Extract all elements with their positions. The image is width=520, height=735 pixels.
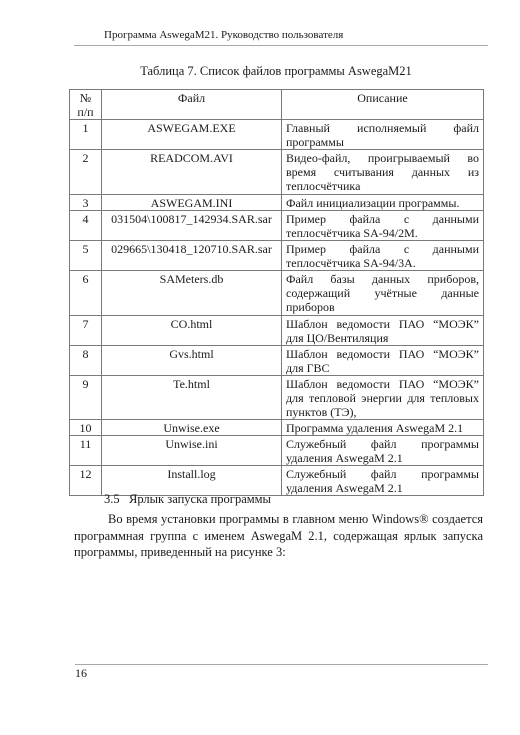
footer-divider bbox=[75, 664, 488, 665]
file-name: READCOM.AVI bbox=[102, 150, 282, 195]
table-row: 3ASWEGAM.INIФайл инициализации программы… bbox=[70, 195, 484, 211]
row-number: 1 bbox=[70, 120, 102, 150]
file-name: CO.html bbox=[102, 316, 282, 346]
section-number: 3.5 bbox=[104, 492, 129, 507]
file-name: ASWEGAM.INI bbox=[102, 195, 282, 211]
row-number: 12 bbox=[70, 466, 102, 496]
file-name: Gvs.html bbox=[102, 346, 282, 376]
table-row: 11Unwise.iniСлужебный файл программы уда… bbox=[70, 436, 484, 466]
file-description: Видео-файл, проигрываемый во время считы… bbox=[282, 150, 484, 195]
row-number: 3 bbox=[70, 195, 102, 211]
file-name: 031504\100817_142934.SAR.sar bbox=[102, 211, 282, 241]
row-number: 5 bbox=[70, 241, 102, 271]
file-description: Шаблон ведомости ПАО “МОЭК” для тепловой… bbox=[282, 376, 484, 420]
column-header-description: Описание bbox=[282, 90, 484, 120]
row-number: 8 bbox=[70, 346, 102, 376]
file-name: Unwise.ini bbox=[102, 436, 282, 466]
page-header: Программа AswegaM21. Руководство пользов… bbox=[74, 28, 488, 46]
table-row: 7CO.htmlШаблон ведомости ПАО “МОЭК” для … bbox=[70, 316, 484, 346]
file-description: Служебный файл программы удаления Aswega… bbox=[282, 436, 484, 466]
body-paragraph: Во время установки программы в главном м… bbox=[74, 511, 483, 561]
file-name: Install.log bbox=[102, 466, 282, 496]
row-number: 4 bbox=[70, 211, 102, 241]
table-row: 5029665\130418_120710.SAR.sarПример файл… bbox=[70, 241, 484, 271]
file-description: Служебный файл программы удаления Aswega… bbox=[282, 466, 484, 496]
file-description: Главный исполняемый файл программы bbox=[282, 120, 484, 150]
files-table: № п/п Файл Описание 1ASWEGAM.EXEГлавный … bbox=[69, 89, 484, 496]
file-description: Шаблон ведомости ПАО “МОЭК” для ГВС bbox=[282, 346, 484, 376]
table-row: 6SAMeters.dbФайл базы данных приборов, с… bbox=[70, 271, 484, 316]
table-row: 9Te.htmlШаблон ведомости ПАО “МОЭК” для … bbox=[70, 376, 484, 420]
table-row: 8Gvs.htmlШаблон ведомости ПАО “МОЭК” для… bbox=[70, 346, 484, 376]
row-number: 9 bbox=[70, 376, 102, 420]
table-row: 10Unwise.exeПрограмма удаления AswegaM 2… bbox=[70, 420, 484, 436]
table-header-row: № п/п Файл Описание bbox=[70, 90, 484, 120]
running-header-text: Программа AswegaM21. Руководство пользов… bbox=[104, 29, 343, 42]
section-heading: 3.5Ярлык запуска программы bbox=[104, 492, 271, 507]
column-header-number: № п/п bbox=[70, 90, 102, 120]
file-description: Программа удаления AswegaM 2.1 bbox=[282, 420, 484, 436]
file-description: Файл базы данных приборов, содержащий уч… bbox=[282, 271, 484, 316]
file-description: Файл инициализации программы. bbox=[282, 195, 484, 211]
file-name: 029665\130418_120710.SAR.sar bbox=[102, 241, 282, 271]
file-name: SAMeters.db bbox=[102, 271, 282, 316]
table-row: 4031504\100817_142934.SAR.sarПример файл… bbox=[70, 211, 484, 241]
file-name: ASWEGAM.EXE bbox=[102, 120, 282, 150]
section-title: Ярлык запуска программы bbox=[129, 492, 271, 506]
table-row: 1ASWEGAM.EXEГлавный исполняемый файл про… bbox=[70, 120, 484, 150]
row-number: 10 bbox=[70, 420, 102, 436]
row-number: 7 bbox=[70, 316, 102, 346]
table-row: 2READCOM.AVIВидео-файл, проигрываемый во… bbox=[70, 150, 484, 195]
file-description: Шаблон ведомости ПАО “МОЭК” для ЦО/Венти… bbox=[282, 316, 484, 346]
row-number: 11 bbox=[70, 436, 102, 466]
file-description: Пример файла с данными теплосчётчика SA-… bbox=[282, 241, 484, 271]
file-name: Unwise.exe bbox=[102, 420, 282, 436]
file-description: Пример файла с данными теплосчётчика SA-… bbox=[282, 211, 484, 241]
column-header-file: Файл bbox=[102, 90, 282, 120]
table-row: 12Install.logСлужебный файл программы уд… bbox=[70, 466, 484, 496]
row-number: 2 bbox=[70, 150, 102, 195]
page-number: 16 bbox=[75, 666, 87, 680]
table-caption: Таблица 7. Список файлов программы Asweg… bbox=[69, 64, 483, 79]
file-name: Te.html bbox=[102, 376, 282, 420]
row-number: 6 bbox=[70, 271, 102, 316]
